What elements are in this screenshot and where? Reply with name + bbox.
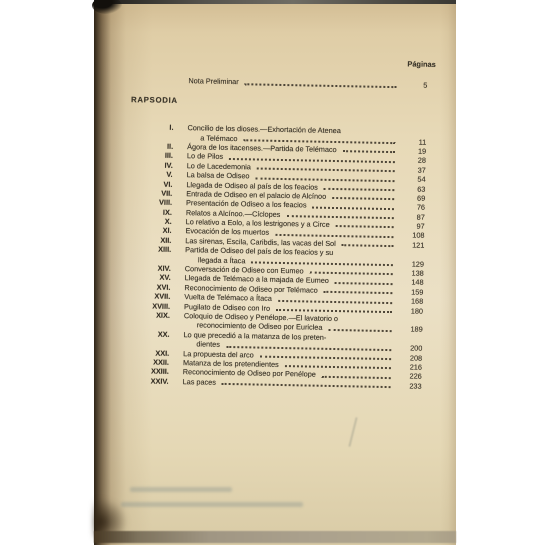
page-bottom-edge — [94, 531, 456, 543]
toc-entry-page: 159 — [397, 287, 423, 297]
dot-leader — [324, 291, 393, 294]
toc-entry-page: 69 — [399, 193, 425, 203]
toc-entry-page: 108 — [398, 231, 424, 241]
toc-entry-page: 28 — [400, 156, 426, 166]
toc-entry-page: 138 — [398, 268, 424, 278]
dot-leader — [310, 272, 393, 276]
dot-leader — [245, 83, 397, 88]
dot-leader — [343, 150, 395, 153]
table-of-contents: Páginas Nota Preliminar 5 RAPSODIA I.Con… — [122, 50, 428, 391]
toc-entry-page: 63 — [399, 184, 425, 194]
toc-entry-numeral: XIX. — [123, 310, 184, 321]
show-through-ghost-text — [130, 487, 232, 492]
show-through-ghost-text — [121, 502, 303, 507]
toc-entry-page: 76 — [399, 203, 425, 213]
dot-leader — [335, 282, 393, 285]
photo-top-edge — [94, 0, 456, 4]
toc-entry-page: 97 — [399, 221, 425, 231]
toc-entry-page: 19 — [400, 146, 426, 156]
toc-entry-page: 87 — [399, 212, 425, 222]
toc-entry-page: 233 — [396, 381, 422, 391]
toc-entry-page: 200 — [396, 343, 422, 353]
toc-entry-title: Las paces — [183, 377, 216, 387]
toc-entry-page: 11 — [400, 137, 426, 147]
toc-entry-numeral: XXIV. — [122, 376, 183, 387]
toc-entry-page: 216 — [396, 362, 422, 372]
toc-entry-page: 121 — [398, 240, 424, 250]
toc-entry-page: 208 — [396, 353, 422, 363]
toc-entry-numeral: XIII. — [124, 244, 185, 255]
paper-scratch-mark — [348, 417, 357, 447]
toc-entry-page: 168 — [397, 296, 423, 306]
toc-list: I.Concilio de los dioses.—Exhortación de… — [122, 122, 427, 391]
toc-entry-page: 180 — [397, 306, 423, 316]
photo-top-corner-shadow — [92, 0, 122, 14]
preliminary-note-row: Nota Preliminar 5 — [127, 75, 427, 90]
dot-leader — [332, 197, 394, 200]
toc-entry-page: 129 — [398, 259, 424, 269]
section-heading: RAPSODIA — [131, 95, 427, 110]
toc-entry-page: 54 — [399, 174, 425, 184]
toc-entry-page: 189 — [397, 325, 423, 335]
dot-leader — [222, 383, 391, 388]
pages-column-header: Páginas — [128, 54, 436, 69]
preliminary-note-label: Nota Preliminar — [188, 77, 238, 87]
dot-leader — [324, 188, 395, 191]
toc-entry-page: 148 — [397, 278, 423, 288]
dot-leader — [342, 244, 394, 247]
toc-entry-page: 37 — [400, 165, 426, 175]
dot-leader — [312, 206, 394, 210]
toc-entry-numeral: I. — [126, 122, 187, 133]
preliminary-note-page: 5 — [401, 81, 427, 91]
toc-entry-numeral: XX. — [122, 329, 183, 340]
dot-leader — [328, 329, 391, 332]
toc-entry-page: 226 — [396, 372, 422, 382]
dot-leader — [322, 376, 391, 379]
dot-leader — [336, 226, 394, 229]
